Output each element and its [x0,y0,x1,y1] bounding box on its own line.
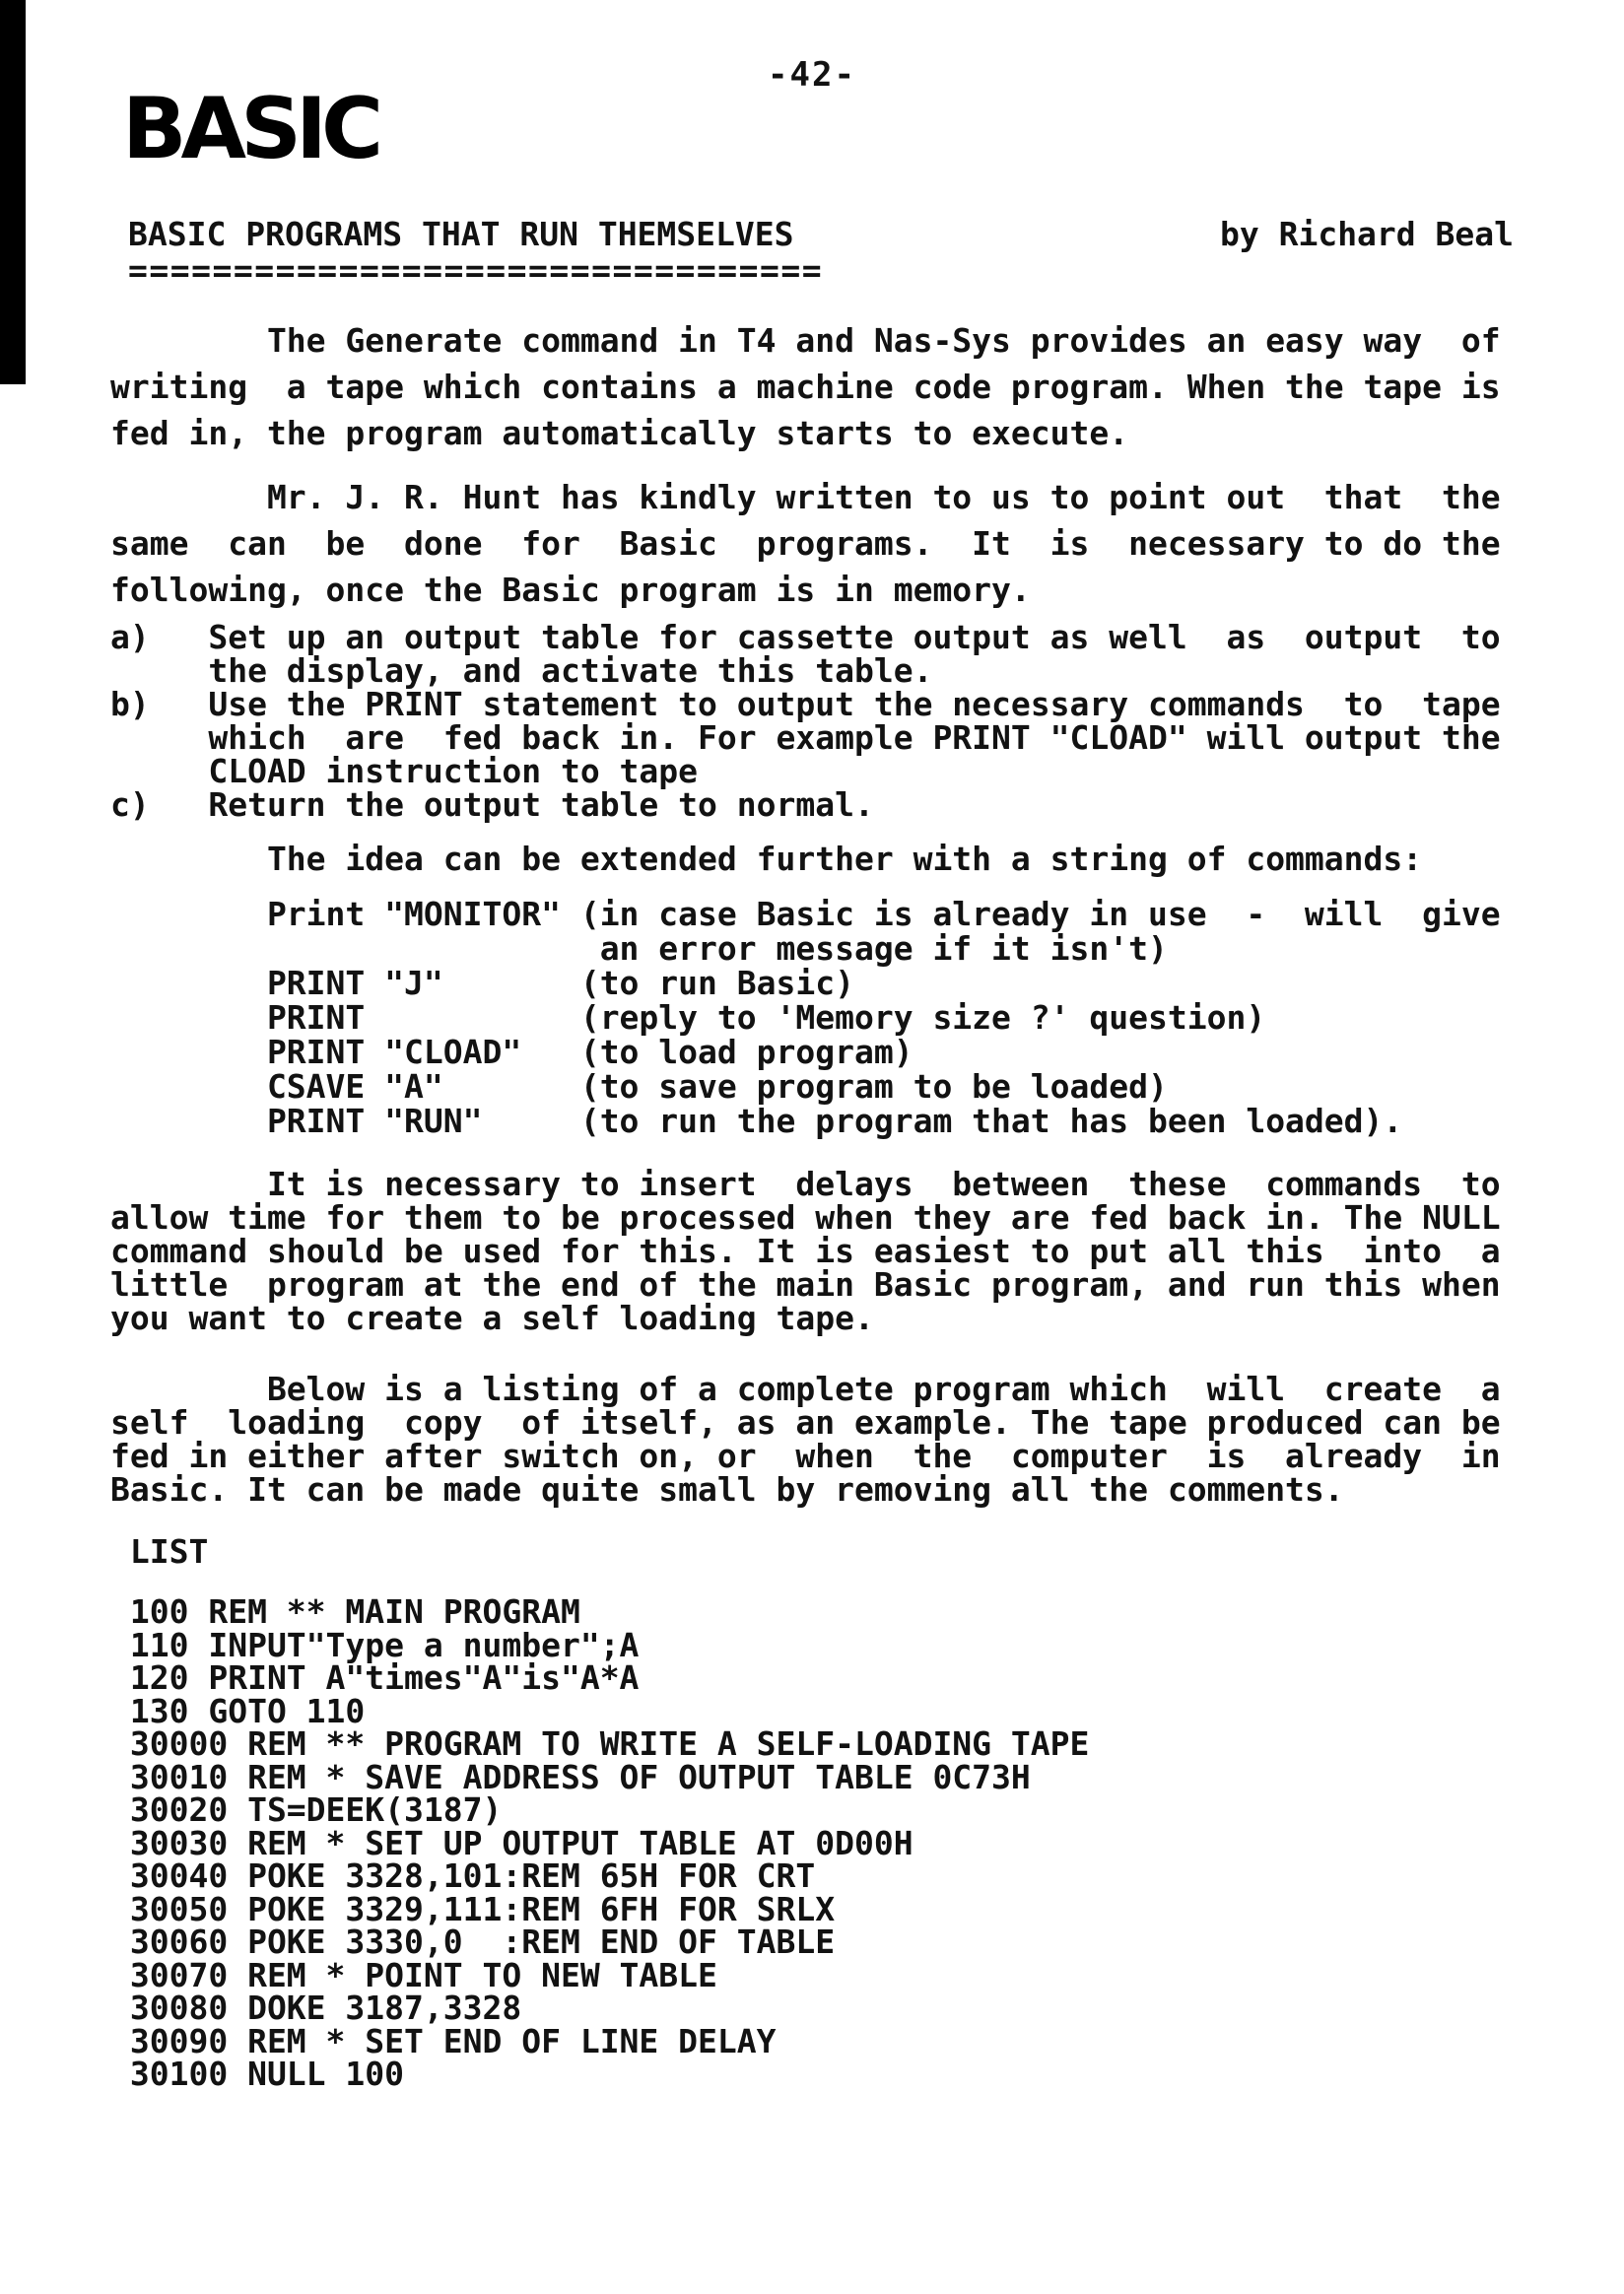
text-line: 30050 POKE 3329,111:REM 6FH FOR SRLX [110,1893,1514,1926]
scanned-page: -42- BASIC BASIC PROGRAMS THAT RUN THEMS… [0,0,1624,2294]
text-line: Below is a listing of a complete program… [110,1373,1514,1406]
text-line: you want to create a self loading tape. [110,1302,1514,1335]
text-line: an error message if it isn't) [110,931,1514,966]
text-line: 30000 REM ** PROGRAM TO WRITE A SELF-LOA… [110,1727,1514,1761]
text-line: 120 PRINT A"times"A"is"A*A [110,1661,1514,1695]
steps-list: a) Set up an output table for cassette o… [110,621,1514,822]
paragraph-idea-intro: The idea can be extended further with a … [110,840,1514,879]
text-line: It is necessary to insert delays between… [110,1168,1514,1201]
text-line: fed in, the program automatically starts… [110,410,1514,456]
paragraph-listing-intro: Below is a listing of a complete program… [110,1373,1514,1507]
text-line: a) Set up an output table for cassette o… [110,621,1514,654]
text-line: 30080 DOKE 3187,3328 [110,1991,1514,2025]
text-line: PRINT "RUN" (to run the program that has… [110,1104,1514,1138]
text-line: which are fed back in. For example PRINT… [110,721,1514,755]
paragraph-generate-command: The Generate command in T4 and Nas-Sys p… [110,317,1514,456]
article-header: BASIC PROGRAMS THAT RUN THEMSELVES by Ri… [110,215,1514,254]
text-line: following, once the Basic program is in … [110,567,1514,613]
text-line: PRINT (reply to 'Memory size ?' question… [110,1000,1514,1035]
text-line: The Generate command in T4 and Nas-Sys p… [110,317,1514,364]
text-line: little program at the end of the main Ba… [110,1268,1514,1302]
text-line: b) Use the PRINT statement to output the… [110,688,1514,721]
text-line: 30070 REM * POINT TO NEW TABLE [110,1959,1514,1992]
text-line: c) Return the output table to normal. [110,788,1514,822]
list-command-label: LIST [110,1534,1514,1570]
text-line: allow time for them to be processed when… [110,1201,1514,1235]
text-line: same can be done for Basic programs. It … [110,520,1514,567]
text-line: PRINT "J" (to run Basic) [110,966,1514,1000]
article-byline: by Richard Beal [1220,215,1514,254]
text-line: fed in either after switch on, or when t… [110,1440,1514,1473]
text-line: 110 INPUT"Type a number";A [110,1629,1514,1662]
paragraph-hunt-letter: Mr. J. R. Hunt has kindly written to us … [110,474,1514,613]
page-content: BASIC PROGRAMS THAT RUN THEMSELVES by Ri… [110,215,1514,2091]
text-line: 30020 TS=DEEK(3187) [110,1793,1514,1827]
text-line: CLOAD instruction to tape [110,755,1514,788]
paragraph-delays: It is necessary to insert delays between… [110,1168,1514,1335]
text-line: 30060 POKE 3330,0 :REM END OF TABLE [110,1925,1514,1959]
text-line: Mr. J. R. Hunt has kindly written to us … [110,474,1514,520]
text-line: Print "MONITOR" (in case Basic is alread… [110,897,1514,931]
basic-program-listing: 100 REM ** MAIN PROGRAM 110 INPUT"Type a… [110,1595,1514,2091]
text-line: Basic. It can be made quite small by rem… [110,1473,1514,1507]
section-logo-basic: BASIC [122,87,377,171]
text-line: 30030 REM * SET UP OUTPUT TABLE AT 0D00H [110,1827,1514,1860]
text-line: 30100 NULL 100 [110,2058,1514,2091]
title-underline: ================================= [110,254,1514,288]
text-line: PRINT "CLOAD" (to load program) [110,1035,1514,1069]
text-line: 30010 REM * SAVE ADDRESS OF OUTPUT TABLE… [110,1761,1514,1794]
text-line: CSAVE "A" (to save program to be loaded) [110,1069,1514,1104]
text-line: 130 GOTO 110 [110,1695,1514,1728]
command-examples-block: Print "MONITOR" (in case Basic is alread… [110,897,1514,1138]
text-line: self loading copy of itself, as an examp… [110,1406,1514,1440]
text-line: 30090 REM * SET END OF LINE DELAY [110,2025,1514,2058]
article-title: BASIC PROGRAMS THAT RUN THEMSELVES [128,215,794,254]
text-line: the display, and activate this table. [110,654,1514,688]
text-line: 30040 POKE 3328,101:REM 65H FOR CRT [110,1859,1514,1893]
text-line: writing a tape which contains a machine … [110,364,1514,410]
text-line: command should be used for this. It is e… [110,1235,1514,1268]
text-line: 100 REM ** MAIN PROGRAM [110,1595,1514,1629]
